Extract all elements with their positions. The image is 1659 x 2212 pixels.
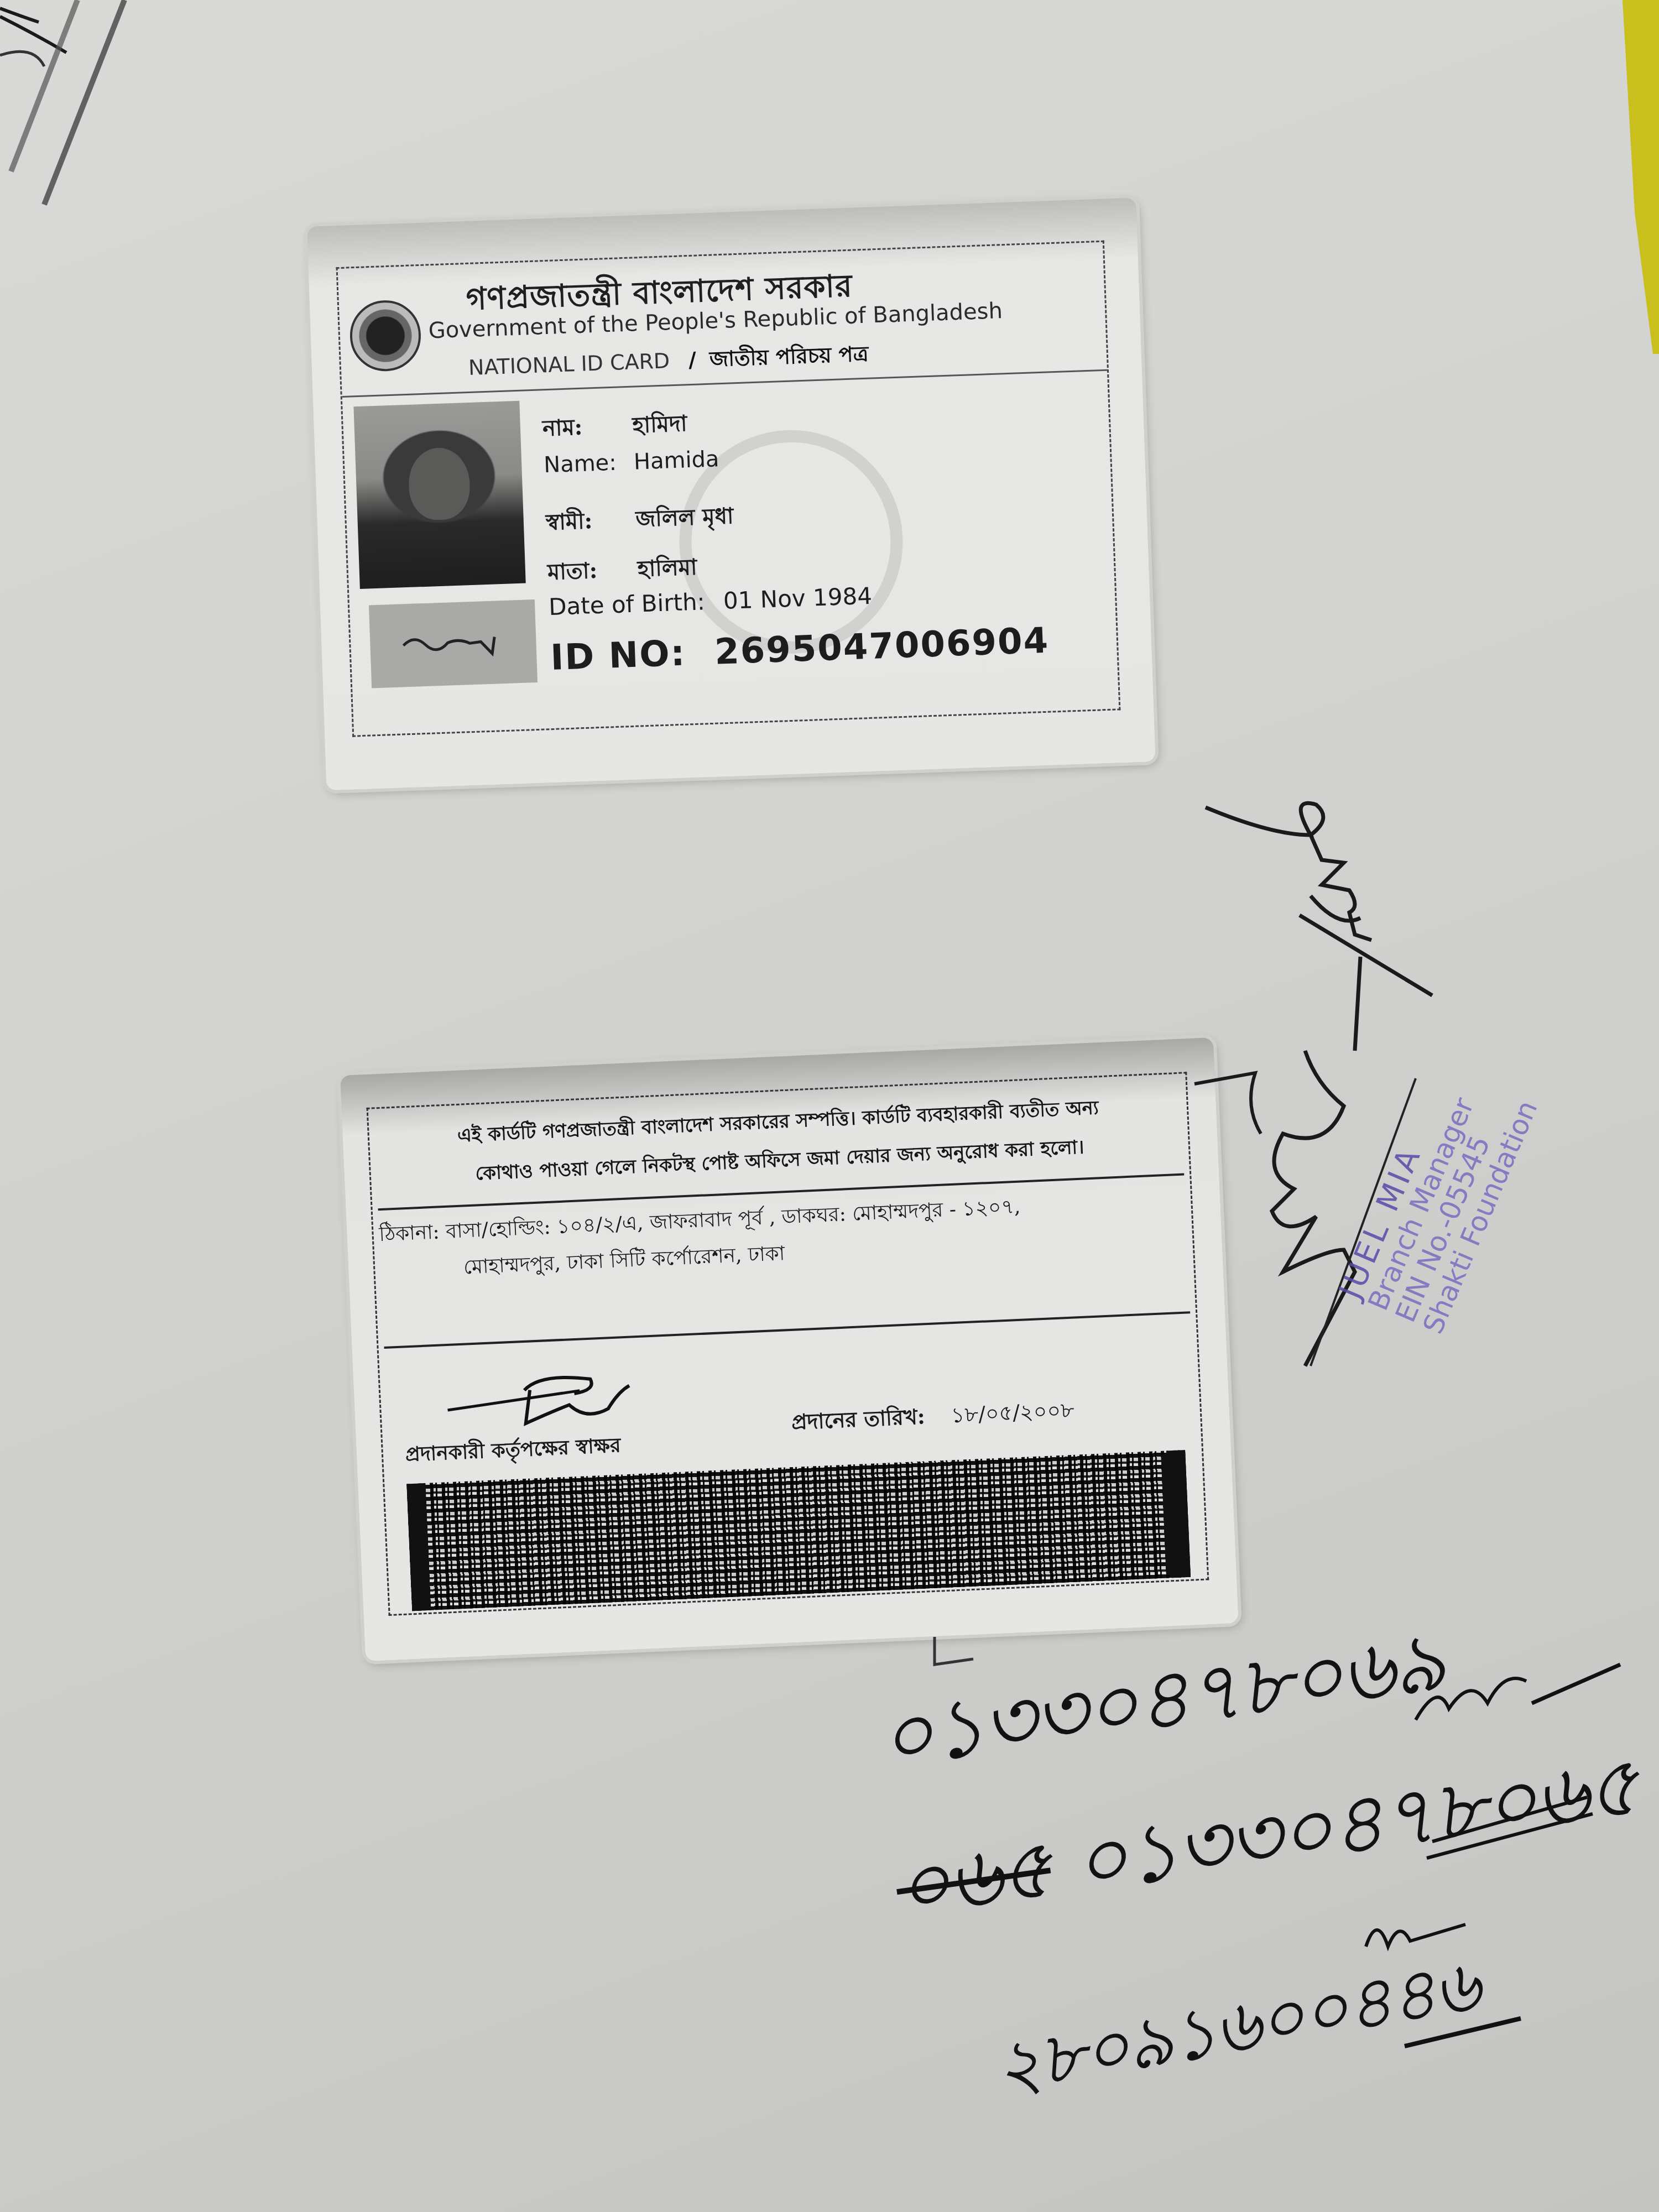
ownership-notice: এই কার্ডটি গণপ্রজাতন্ত্রী বাংলাদেশ সরকার… <box>374 1085 1185 1211</box>
field-id-number: ID NO: 2695047006904 <box>550 620 1050 679</box>
card-back-frame: এই কার্ডটি গণপ্রজাতন্ত্রী বাংলাদেশ সরকার… <box>367 1072 1209 1616</box>
field-mother: মাতা: হালিমা <box>547 550 698 592</box>
nid-card-back: এই কার্ডটি গণপ্রজাতন্ত্রী বাংলাদেশ সরকার… <box>340 1037 1239 1661</box>
field-name-en: Name: Hamida <box>544 446 720 478</box>
card-front-frame: গণপ্রজাতন্ত্রী বাংলাদেশ সরকার Government… <box>336 241 1121 737</box>
holder-signature-box <box>369 599 538 688</box>
card-title: NATIONAL ID CARD / জাতীয় পরিচয় পত্র <box>468 338 869 387</box>
card-title-en: NATIONAL ID CARD <box>468 348 670 380</box>
holder-face <box>408 447 471 521</box>
holder-photo <box>353 401 525 589</box>
field-name-bn: নাম: হামিদা <box>542 406 688 448</box>
struck-digits: ০৬৫ <box>890 1820 1057 1937</box>
card-title-bn: জাতীয় পরিচয় পত্র <box>709 341 869 372</box>
pdf417-barcode <box>406 1450 1191 1611</box>
field-spouse: স্বামী: জলিল মৃধা <box>545 498 734 542</box>
card-header: গণপ্রজাতন্ত্রী বাংলাদেশ সরকার Government… <box>338 242 1107 398</box>
nid-card-front: গণপ্রজাতন্ত্রী বাংলাদেশ সরকার Government… <box>307 198 1156 791</box>
issuer-signature-label: প্রদানকারী কর্তৃপক্ষের স্বাক্ষর <box>405 1431 622 1473</box>
handwritten-number-3: ২৮০৯১৬০০৪৪৬ <box>985 1930 1488 2133</box>
back-divider <box>384 1311 1190 1349</box>
issuer-signature-icon <box>440 1356 675 1432</box>
govt-emblem-icon <box>349 299 422 372</box>
issue-date: প্রদানের তারিখ: ১৮/০৫/২০০৮ <box>791 1394 1075 1442</box>
yellow-background-edge <box>1598 0 1659 354</box>
corner-pen-marks <box>0 0 166 221</box>
card-title-sep: / <box>688 348 696 372</box>
holder-signature-icon <box>397 620 509 668</box>
officer-stamp: JUEL MIA Branch Manager EIN No.-05545 Sh… <box>1366 1106 1604 1371</box>
